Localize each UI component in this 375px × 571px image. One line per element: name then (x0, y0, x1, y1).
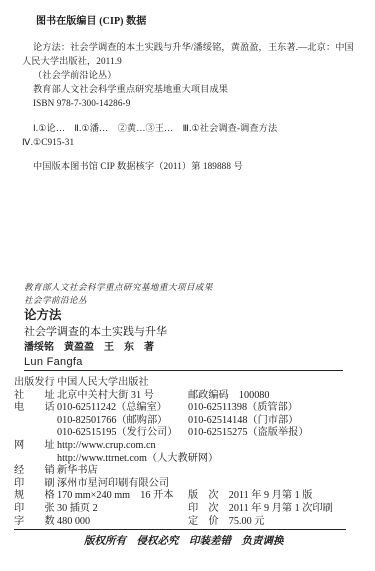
pub-row-word-count: 字 数480 000定 价 75.00 元 (14, 516, 364, 529)
copyright-page: 图书在版编目 (CIP) 数据 论方法：社会学调查的本土实践与升华/潘绥铭，黄盈… (0, 0, 375, 571)
pub-value: 30 插页 2 (57, 503, 98, 516)
pub-row-format: 规 格170 mm×240 mm 16 开本版 次 2011 年 9 月第 1 … (14, 490, 364, 503)
divider-top (24, 370, 343, 371)
pub-label: 出版发行 (14, 377, 57, 390)
pub-label: 经 销 (14, 465, 57, 478)
pub-row-sheets: 印 张30 插页 2印 次 2011 年 9 月第 1 次印刷 (14, 503, 364, 516)
cip-isbn: ISBN 978-7-300-14286-9 (22, 96, 362, 110)
pub-row-website-1: 网 址http://www.crup.com.cn (14, 440, 364, 453)
pub-row-phone-2: 010-82501766（邮购部）010-62514148（门市部） (14, 415, 364, 428)
cip-series-note: （社会学前沿论丛） (22, 68, 362, 82)
pub-label: 印 张 (14, 503, 57, 516)
pub-value: 中国人民大学出版社 (57, 377, 149, 390)
pub-value: 涿州市星河印刷有限公司 (57, 478, 169, 491)
pub-row-address: 社 址北京中关村大街 31 号邮政编码 100080 (14, 390, 364, 403)
pub-value: http://www.ttrnet.com（人大教研网） (57, 453, 218, 466)
pub-value: 480 000 (57, 516, 90, 529)
publication-info: 出版发行中国人民大学出版社 社 址北京中关村大街 31 号邮政编码 100080… (14, 377, 364, 528)
title-block: 教育部人文社会科学重点研究基地重大项目成果 社会学前沿论丛 论方法 社会学调查的… (24, 280, 344, 369)
pub-right-value: 010-62515275（盗版举报） (188, 427, 309, 440)
cip-registry: 中国版本图书馆 CIP 数据核字（2011）第 189888 号 (22, 159, 362, 173)
cip-entry-line-1: 论方法：社会学调查的本土实践与升华/潘绥铭，黄盈盈，王东著.—北京：中国 (22, 40, 362, 54)
cip-classification-line-1: Ⅰ.①论… Ⅱ.①潘… ②黄…③王… Ⅲ.①社会调查-调查方法 (22, 121, 362, 135)
pub-value: 010-62511242（总编室） (57, 402, 167, 415)
pub-right-value: 010-62511398（质管部） (188, 402, 298, 415)
pub-right-value: 010-62514148（门市部） (188, 415, 298, 428)
pub-row-publisher: 出版发行中国人民大学出版社 (14, 377, 364, 390)
book-subtitle: 社会学调查的本土实践与升华 (24, 324, 344, 340)
pub-label: 网 址 (14, 440, 57, 453)
project-note: 教育部人文社会科学重点研究基地重大项目成果 (24, 280, 344, 294)
divider-bottom (14, 529, 346, 530)
pub-row-website-2: http://www.ttrnet.com（人大教研网） (14, 453, 364, 466)
pub-label: 电 话 (14, 402, 57, 415)
pub-value: 北京中关村大街 31 号 (57, 390, 154, 403)
book-title: 论方法 (24, 307, 344, 324)
cip-entry-line-2: 人民大学出版社，2011.9 (22, 54, 362, 68)
pub-label: 字 数 (14, 516, 57, 529)
cip-classification-line-2: Ⅳ.①C915-31 (22, 135, 362, 149)
pub-value: 010-82501766（邮购部） (57, 415, 167, 428)
cip-project-note: 教育部人文社会科学重点研究基地重大项目成果 (22, 82, 362, 96)
pub-value: 170 mm×240 mm 16 开本 (57, 490, 173, 503)
pub-right-value: 定 价 75.00 元 (188, 516, 264, 529)
cip-block: 图书在版编目 (CIP) 数据 论方法：社会学调查的本土实践与升华/潘绥铭，黄盈… (22, 15, 362, 173)
pub-right-value: 版 次 2011 年 9 月第 1 版 (188, 490, 312, 503)
pub-value: http://www.crup.com.cn (57, 440, 156, 453)
authors-line: 潘绥铭 黄盈盈 王 东 著 (24, 340, 344, 355)
pub-label: 社 址 (14, 390, 57, 403)
pub-value: 010-62515195（发行公司） (57, 427, 178, 440)
pub-row-distributor: 经 销新华书店 (14, 465, 364, 478)
romanized-title: Lun Fangfa (24, 355, 344, 369)
pub-right-value: 邮政编码 100080 (188, 390, 270, 403)
pub-right-value: 印 次 2011 年 9 月第 1 次印刷 (188, 503, 333, 516)
pub-row-printer: 印 刷涿州市星河印刷有限公司 (14, 478, 364, 491)
pub-row-phone-3: 010-62515195（发行公司）010-62515275（盗版举报） (14, 427, 364, 440)
copyright-notice: 版权所有 侵权必究 印装差错 负责调换 (84, 535, 284, 549)
cip-classification: Ⅰ.①论… Ⅱ.①潘… ②黄…③王… Ⅲ.①社会调查-调查方法 Ⅳ.①C915-… (22, 121, 362, 149)
cip-header: 图书在版编目 (CIP) 数据 (22, 15, 362, 29)
series-name: 社会学前沿论丛 (24, 294, 344, 307)
pub-row-phone-1: 电 话010-62511242（总编室）010-62511398（质管部） (14, 402, 364, 415)
pub-label: 印 刷 (14, 478, 57, 491)
pub-value: 新华书店 (57, 465, 98, 478)
pub-label: 规 格 (14, 490, 57, 503)
